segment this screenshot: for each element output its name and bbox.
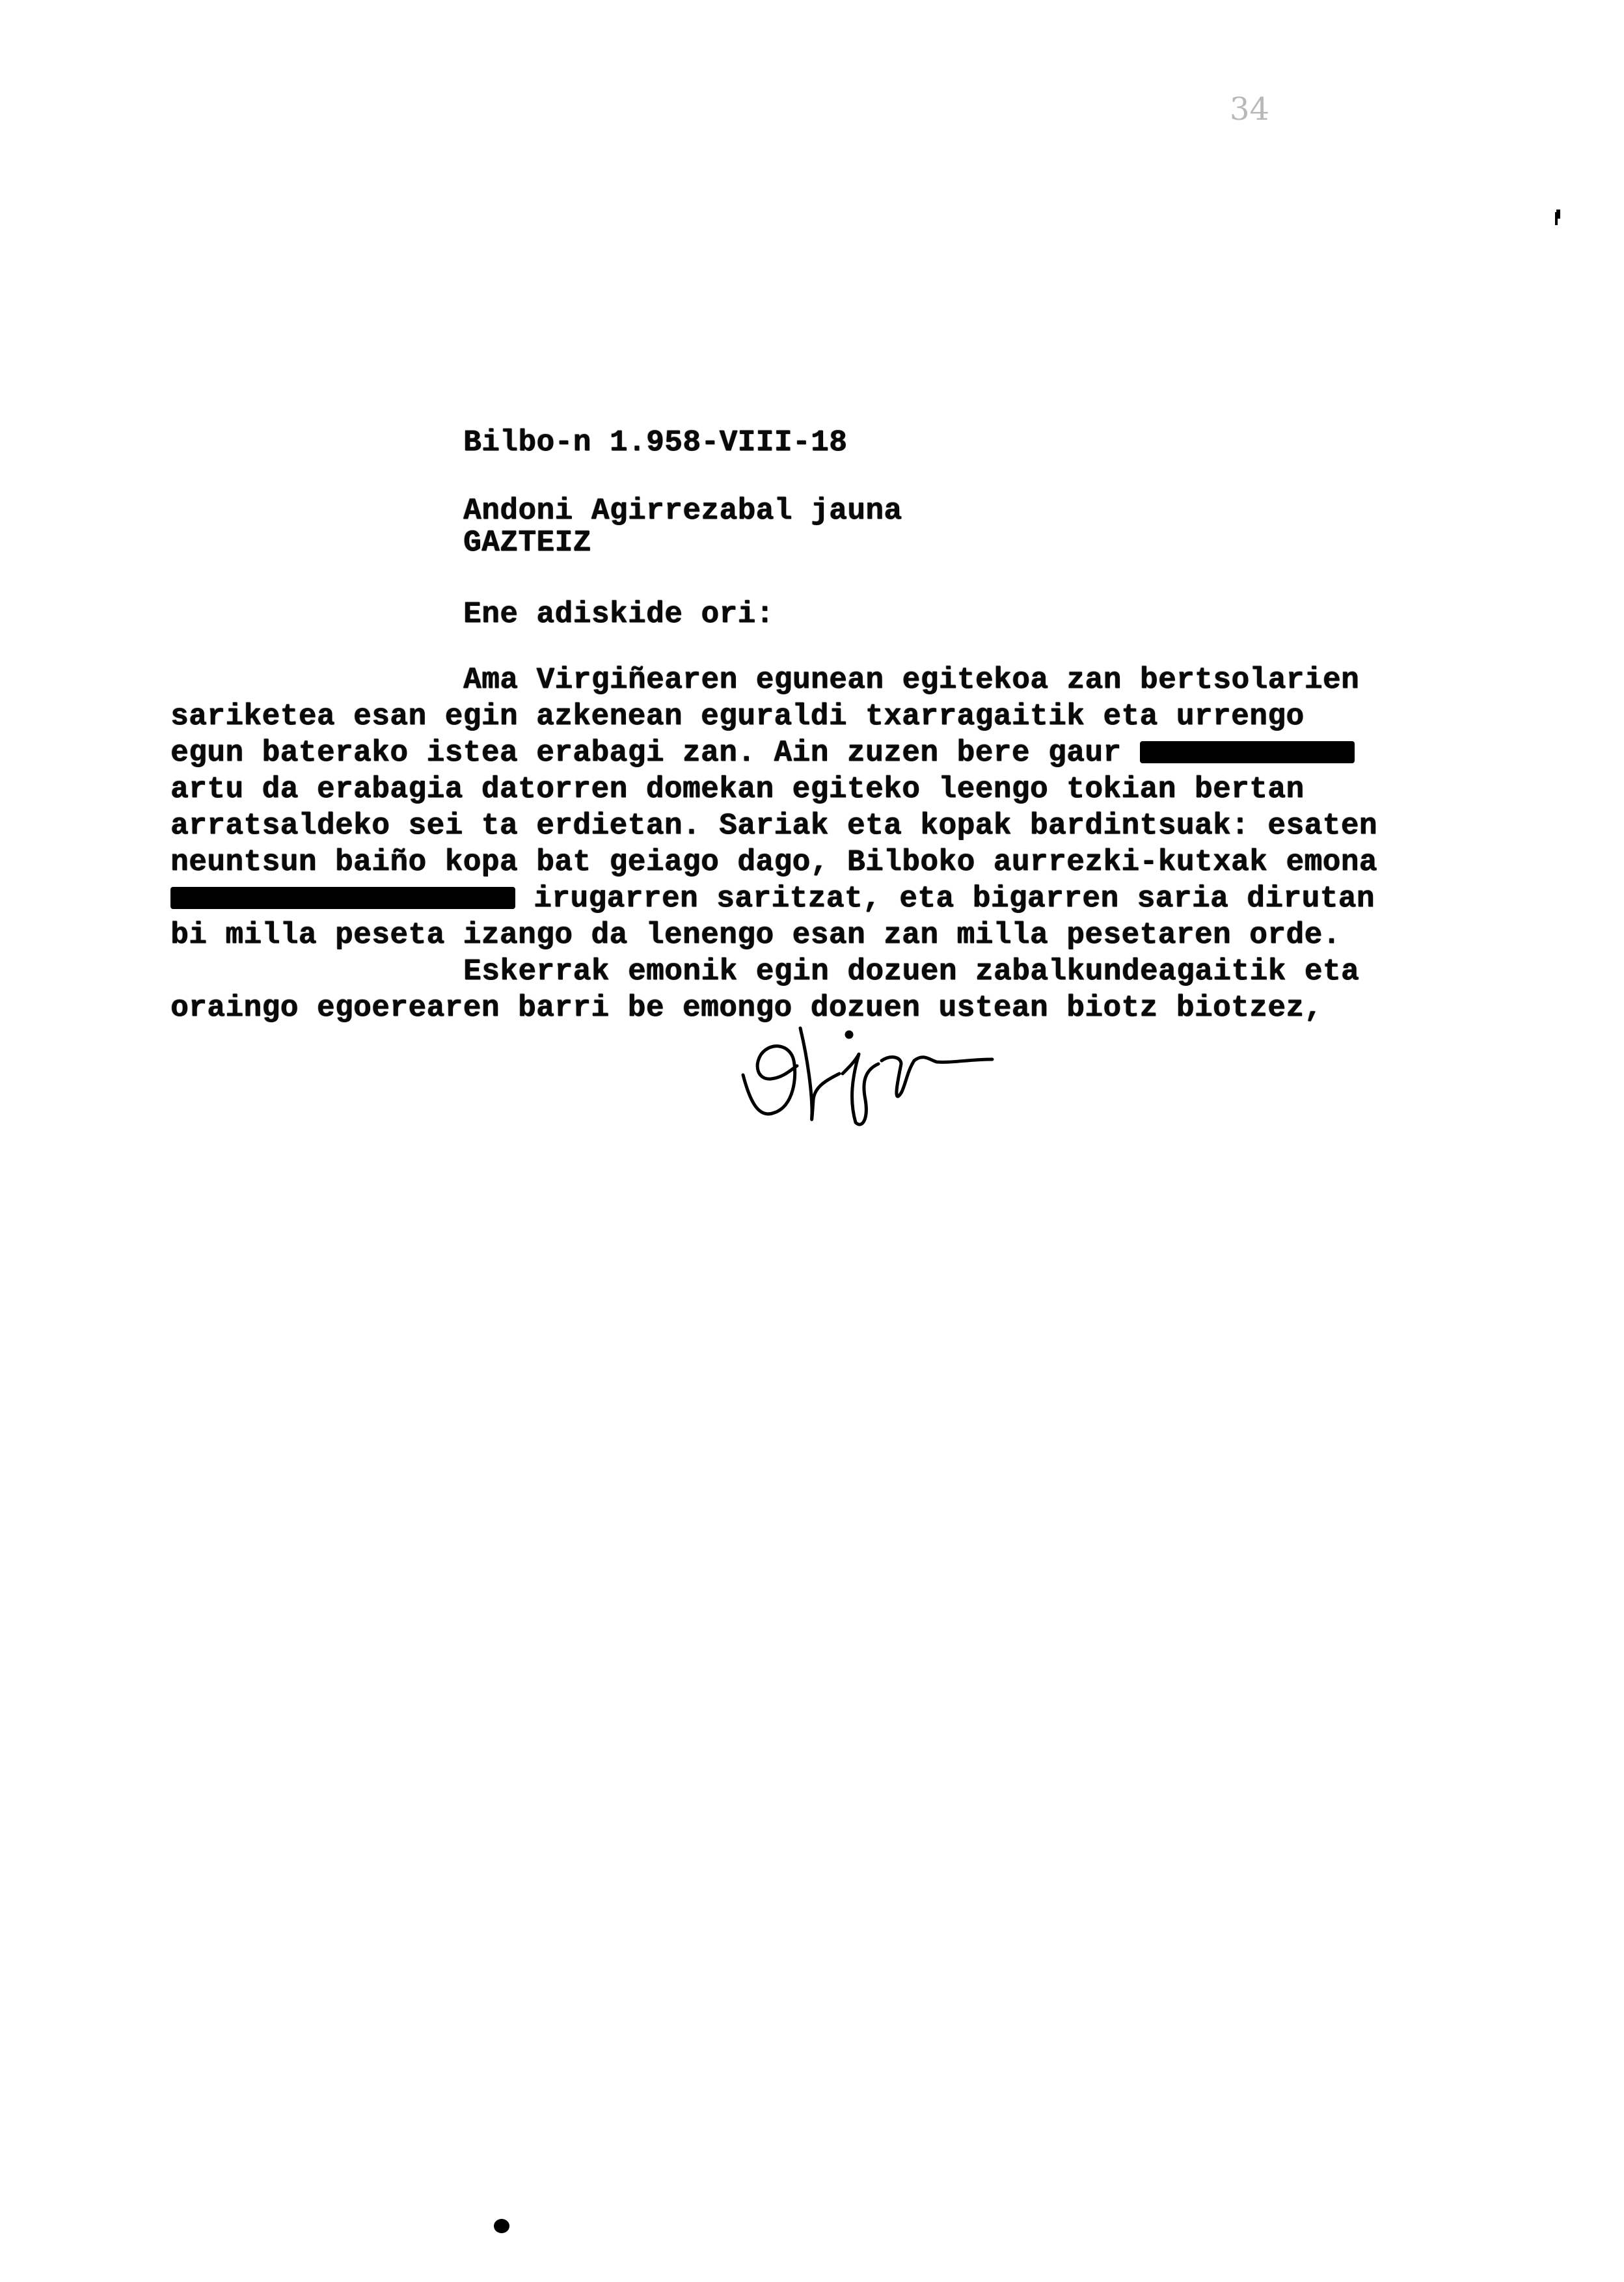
redaction-mark xyxy=(170,887,515,909)
body-line: irugarren saritzat, eta bigarren saria d… xyxy=(170,880,1472,917)
body-line: neuntsun baiño kopa bat geiago dago, Bil… xyxy=(170,844,1472,880)
body-line-text: irugarren saritzat, eta bigarren saria d… xyxy=(534,882,1375,916)
body-line: artu da erabagia datorren domekan egitek… xyxy=(170,771,1472,808)
signature xyxy=(735,1015,1008,1145)
body-line: arratsaldeko sei ta erdietan. Sariak eta… xyxy=(170,808,1472,844)
page-number: 34 xyxy=(1230,91,1269,128)
recipient-name: Andoni Agirrezabal jauna xyxy=(463,493,902,529)
recipient-city: GAZTEIZ xyxy=(463,524,591,561)
ink-dot xyxy=(494,2219,509,2233)
margin-mark xyxy=(1555,212,1558,225)
salutation: Ene adiskide ori: xyxy=(463,596,774,632)
body-line: egun baterako istea erabagi zan. Ain zuz… xyxy=(170,735,1472,771)
body-line: sariketea esan egin azkenean eguraldi tx… xyxy=(170,698,1472,735)
body-line-text: egun baterako istea erabagi zan. Ain zuz… xyxy=(170,736,1121,770)
body-line: bi milla peseta izango da lenengo esan z… xyxy=(170,917,1472,953)
letter-page: 34 Bilbo-n 1.958-VIII-18 Andoni Agirreza… xyxy=(0,0,1624,2282)
body-line: Ama Virgiñearen egunean egitekoa zan ber… xyxy=(463,662,1624,698)
body-line: Eskerrak emonik egin dozuen zabalkundeag… xyxy=(463,953,1624,990)
place-date: Bilbo-n 1.958-VIII-18 xyxy=(463,424,847,461)
redaction-mark xyxy=(1140,741,1355,763)
